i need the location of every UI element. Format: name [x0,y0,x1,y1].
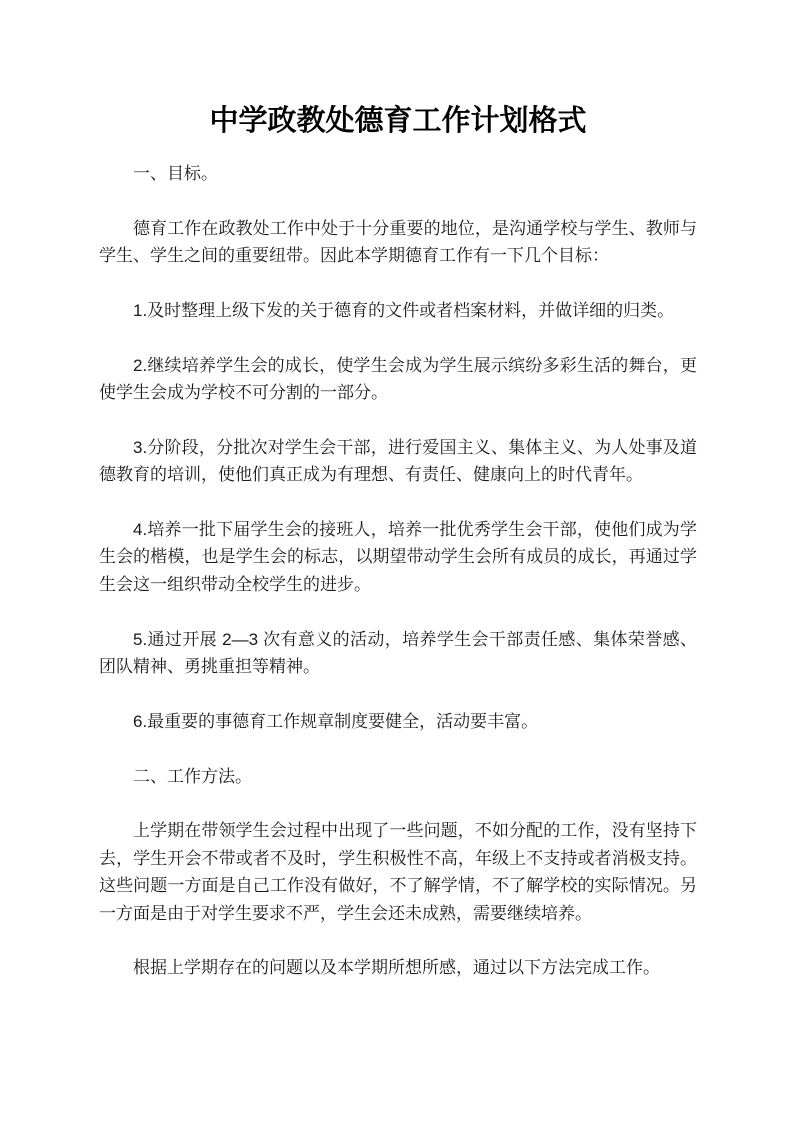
paragraph-goal-5: 5.通过开展 2—3 次有意义的活动，培养学生会干部责任感、集体荣誉感、团队精神… [99,626,697,681]
paragraph-goal-2: 2.继续培养学生会的成长，使学生会成为学生展示缤纷多彩生活的舞台，更使学生会成为… [99,352,697,407]
document-title: 中学政教处德育工作计划格式 [99,104,697,139]
section-heading-methods: 二、工作方法。 [99,763,697,790]
paragraph-goal-1: 1.及时整理上级下发的关于德育的文件或者档案材料，并做详细的归类。 [99,297,697,324]
paragraph-goal-6: 6.最重要的事德育工作规章制度要健全，活动要丰富。 [99,708,697,735]
paragraph-last-term-review: 上学期在带领学生会过程中出现了一些问题，不如分配的工作，没有坚持下去，学生开会不… [99,817,697,927]
section-heading-goals: 一、目标。 [99,160,697,187]
paragraph-goal-3: 3.分阶段，分批次对学生会干部，进行爱国主义、集体主义、为人处事及道德教育的培训… [99,434,697,489]
paragraph-intro: 德育工作在政教处工作中处于十分重要的地位，是沟通学校与学生、教师与学生、学生之间… [99,215,697,270]
document-page: 中学政教处德育工作计划格式 一、目标。 德育工作在政教处工作中处于十分重要的地位… [0,0,793,1122]
paragraph-goal-4: 4.培养一批下届学生会的接班人，培养一批优秀学生会干部，使他们成为学生会的楷模，… [99,516,697,598]
paragraph-methods-lead-in: 根据上学期存在的问题以及本学期所想所感，通过以下方法完成工作。 [99,954,697,981]
